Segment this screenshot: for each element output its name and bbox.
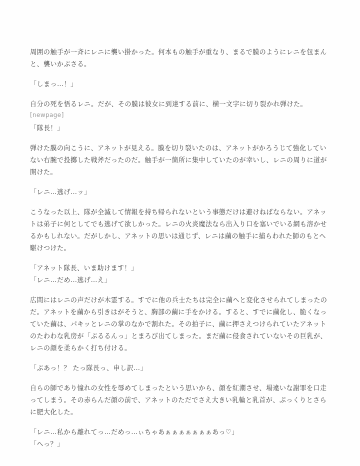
text-block: 「ぶあっ！？ たっ隊長っ、申し訳…」 (30, 362, 332, 374)
text-line: 「しまっ…！」 (30, 78, 332, 90)
text-block: 広間にはレニの声だけが木霊する。すでに他の兵士たちは完全に繭へと変化させられてし… (30, 294, 332, 354)
novel-page: 周囲の触手が一斉にレニに襲い掛かった。何本もの触手が重なり、まるで膜のようにレニ… (0, 0, 360, 466)
text-block: 弾けた膜の向こうに、アネットが見える。膜を切り裂いたのは、アネットがかろうじて強… (30, 142, 332, 178)
text-line: 「レニ…私から離れてっ…だめっ…ぃちゃあぁぁぁぁぁぁぁあっ♡」 (30, 426, 332, 438)
newpage-tag: [newpage] (30, 110, 332, 122)
text-block: 「しまっ…！」 (30, 78, 332, 90)
text-block: 「レニ…私から離れてっ…だめっ…ぃちゃあぁぁぁぁぁぁぁあっ♡」「へっ？」 (30, 426, 332, 450)
text-block: 自らの師であり憧れの女性を辱めてしまったという思いから、顔を紅潮させ、場違いな謝… (30, 382, 332, 418)
text-line: 「レニ…逃げ…ッ」 (30, 186, 332, 198)
text-line: 周囲の触手が一斉にレニに襲い掛かった。何本もの触手が重なり、まるで膜のようにレニ… (30, 46, 332, 70)
text-line: 「へっ？」 (30, 438, 332, 450)
text-line: 「レニ…だめ…逃げ…え」 (30, 274, 332, 286)
text-line: 「アネット隊長、いま助けます！」 (30, 262, 332, 274)
text-block: 「レニ…逃げ…ッ」 (30, 186, 332, 198)
text-line: 自らの師であり憧れの女性を辱めてしまったという思いから、顔を紅潮させ、場違いな謝… (30, 382, 332, 418)
text-block: 「アネット隊長、いま助けます！」「レニ…だめ…逃げ…え」 (30, 262, 332, 286)
text-line: 自分の死を悟るレニ。だが、その膜は彼女に到達する前に、横一文字に切り裂かれ弾けた… (30, 98, 332, 110)
text-block: 自分の死を悟るレニ。だが、その膜は彼女に到達する前に、横一文字に切り裂かれ弾けた… (30, 98, 332, 134)
text-line: 「隊長！」 (30, 122, 332, 134)
text-block: こうなった以上、隊が全滅して情報を持ち帰られないという事態だけは避けねばならない… (30, 206, 332, 254)
text-line: 広間にはレニの声だけが木霊する。すでに他の兵士たちは完全に繭へと変化させられてし… (30, 294, 332, 354)
text-line: こうなった以上、隊が全滅して情報を持ち帰られないという事態だけは避けねばならない… (30, 206, 332, 254)
text-block: 周囲の触手が一斉にレニに襲い掛かった。何本もの触手が重なり、まるで膜のようにレニ… (30, 46, 332, 70)
novel-text-container: 周囲の触手が一斉にレニに襲い掛かった。何本もの触手が重なり、まるで膜のようにレニ… (30, 46, 332, 450)
text-line: 弾けた膜の向こうに、アネットが見える。膜を切り裂いたのは、アネットがかろうじて強… (30, 142, 332, 178)
text-line: 「ぶあっ！？ たっ隊長っ、申し訳…」 (30, 362, 332, 374)
